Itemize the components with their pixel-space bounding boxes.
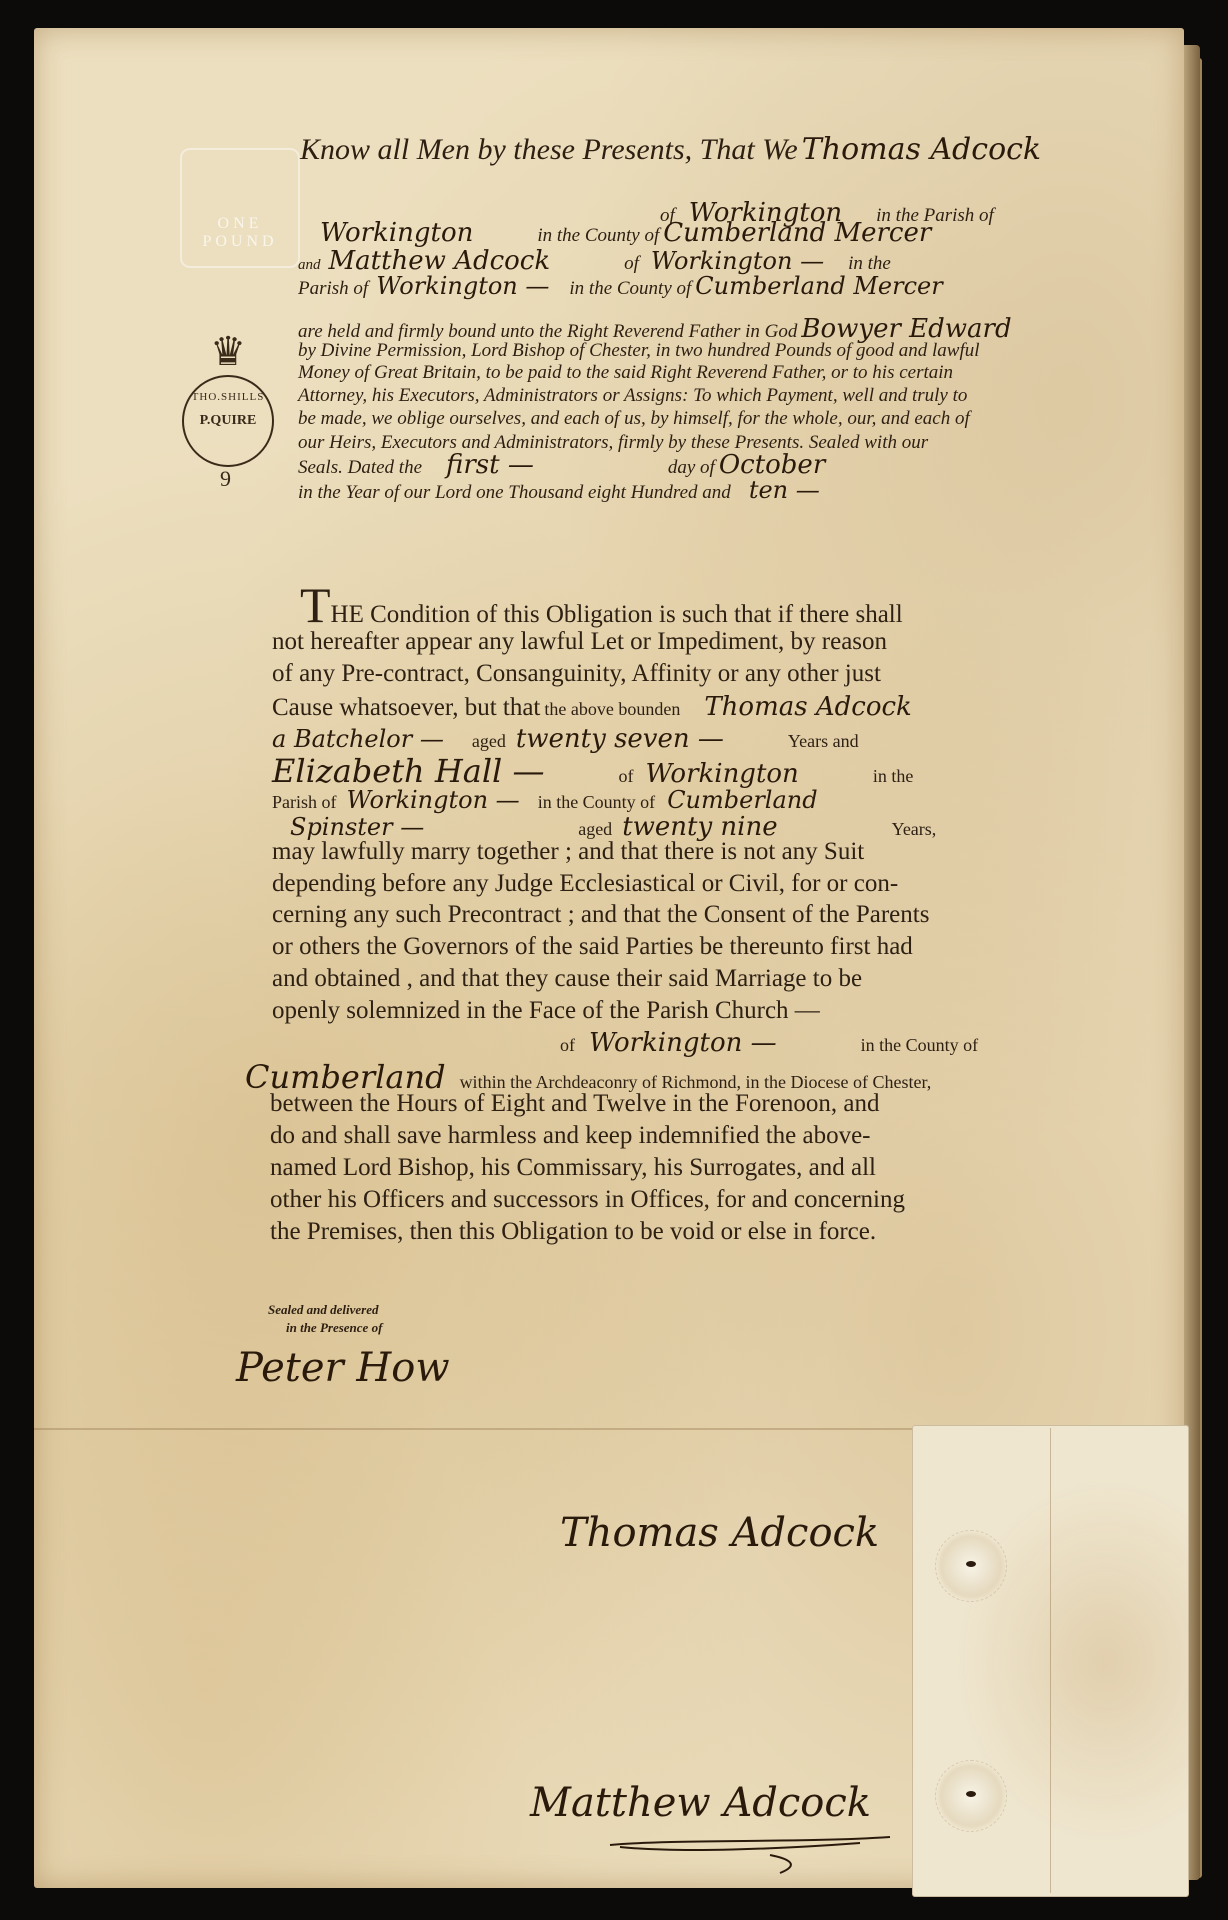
crown-icon: ♛ xyxy=(198,332,258,372)
printed-seals: Seals. Dated the xyxy=(298,457,422,478)
bond-line-4: Attorney, his Executors, Administrators … xyxy=(298,385,967,407)
heading-printed: Know all Men by these Presents, That We xyxy=(300,133,798,166)
condition-small-text: of xyxy=(618,766,633,786)
signature-matthew-adcock: Matthew Adcock xyxy=(530,1780,871,1826)
bride-county: Cumberland xyxy=(667,786,817,814)
condition-line-17: between the Hours of Eight and Twelve in… xyxy=(270,1090,879,1118)
groom-status: a Batchelor — xyxy=(272,725,444,753)
condition-small-text: within the Archdeaconry of Richmond, in … xyxy=(460,1072,932,1092)
printed-county: in the County of xyxy=(537,225,659,246)
hand-parish: Workington — xyxy=(376,272,549,300)
condition-line-13: and obtained , and that they cause their… xyxy=(272,965,862,993)
hand-place: Workington — xyxy=(651,247,824,275)
heading-name: Thomas Adcock xyxy=(802,132,1041,167)
condition-line-19: named Lord Bishop, his Commissary, his S… xyxy=(270,1154,876,1182)
stamp-ring-mid-text: P.QUIRE xyxy=(184,413,272,429)
year-line: in the Year of our Lord one Thousand eig… xyxy=(298,476,820,504)
stamp-ring: THO.SHILLS P.QUIRE xyxy=(182,375,274,467)
witness-label-2: in the Presence of xyxy=(286,1320,382,1336)
hand-county: Cumberland Mercer xyxy=(695,272,942,300)
obligor-line-2: Workington in the County of Cumberland M… xyxy=(320,218,931,248)
condition-line-15: of Workington — in the County of xyxy=(560,1028,978,1058)
condition-text: HE Condition of this Obligation is such … xyxy=(331,601,903,628)
condition-small-text: Years and xyxy=(788,731,859,751)
groom-age: twenty seven — xyxy=(516,724,724,754)
dropcap: T xyxy=(300,577,331,633)
bond-line-2: by Divine Permission, Lord Bishop of Che… xyxy=(298,340,980,362)
printed-in: in the xyxy=(848,253,891,274)
wafer-seal-1 xyxy=(935,1530,1007,1602)
condition-small-text: aged xyxy=(578,819,612,839)
hand-county: Cumberland Mercer xyxy=(663,218,931,248)
obligor-line-4: Parish of Workington — in the County of … xyxy=(298,272,943,300)
church-place: Workington — xyxy=(589,1028,777,1058)
heading: Know all Men by these Presents, That We … xyxy=(300,132,1041,167)
witness-signature: Peter How xyxy=(236,1345,450,1391)
groom-name: Thomas Adcock xyxy=(704,692,911,722)
bond-line-3: Money of Great Britain, to be paid to th… xyxy=(298,362,953,384)
signature-thomas-adcock: Thomas Adcock xyxy=(560,1510,879,1556)
condition-small-text: of xyxy=(560,1035,575,1055)
condition-small-text: in the County of xyxy=(861,1035,979,1055)
signature-flourish xyxy=(600,1835,900,1875)
flap-fold xyxy=(1050,1428,1051,1893)
condition-text: Cause whatsoever, but that xyxy=(272,694,540,721)
condition-line-10: depending before any Judge Ecclesiastica… xyxy=(272,870,898,898)
condition-line-4: Cause whatsoever, but that the above bou… xyxy=(272,692,912,722)
printed-and: and xyxy=(298,257,321,273)
condition-line-12: or others the Governors of the said Part… xyxy=(272,933,913,961)
bride-place: Workington xyxy=(645,759,798,789)
hand-year: ten — xyxy=(749,476,820,504)
printed-county: in the County of xyxy=(569,278,691,299)
stamp-ring-top-text: THO.SHILLS xyxy=(184,391,272,403)
condition-line-5: a Batchelor — aged twenty seven — Years … xyxy=(272,724,859,754)
embossed-duty-stamp: ONE POUND xyxy=(180,148,300,268)
condition-line-6: Elizabeth Hall — of Workington in the xyxy=(272,752,913,790)
witness-label-1: Sealed and delivered xyxy=(268,1302,378,1318)
condition-line-7: Parish of Workington — in the County of … xyxy=(272,786,818,814)
hand-parish: Workington xyxy=(320,218,473,248)
duty-stamp: ♛ THO.SHILLS P.QUIRE 9 xyxy=(180,330,280,490)
bride-status: Spinster — xyxy=(290,813,424,841)
bride-parish: Workington — xyxy=(347,786,520,814)
condition-small-text: in the County of xyxy=(538,792,656,812)
printed-parish: Parish of xyxy=(298,278,368,299)
bride-name: Elizabeth Hall — xyxy=(272,752,544,790)
condition-small-text: Parish of xyxy=(272,792,337,812)
condition-line-20: other his Officers and successors in Off… xyxy=(270,1186,905,1214)
condition-line-14: openly solemnized in the Face of the Par… xyxy=(272,997,820,1025)
printed-year: in the Year of our Lord one Thousand eig… xyxy=(298,482,731,503)
condition-small-text: Years, xyxy=(892,819,937,839)
condition-line-21: the Premises, then this Obligation to be… xyxy=(270,1218,876,1246)
condition-line-11: cerning any such Precontract ; and that … xyxy=(272,901,929,929)
condition-line-2: not hereafter appear any lawful Let or I… xyxy=(272,628,887,656)
condition-line-18: do and shall save harmless and keep inde… xyxy=(270,1122,871,1150)
bond-line-5: be made, we oblige ourselves, and each o… xyxy=(298,408,970,430)
stamp-numeral: 9 xyxy=(220,466,231,492)
condition-small-text: in the xyxy=(873,766,914,786)
wafer-seal-2 xyxy=(935,1760,1007,1832)
bond-text: are held and firmly bound unto the Right… xyxy=(298,321,797,342)
condition-line-1: THE Condition of this Obligation is such… xyxy=(300,585,903,629)
printed-day-of: day of xyxy=(668,457,715,478)
condition-small-text: the above bounden xyxy=(544,699,680,719)
printed-of: of xyxy=(624,253,639,274)
condition-line-3: of any Pre-contract, Consanguinity, Affi… xyxy=(272,660,881,688)
condition-small-text: aged xyxy=(472,731,506,751)
condition-line-9: may lawfully marry together ; and that t… xyxy=(272,838,864,866)
